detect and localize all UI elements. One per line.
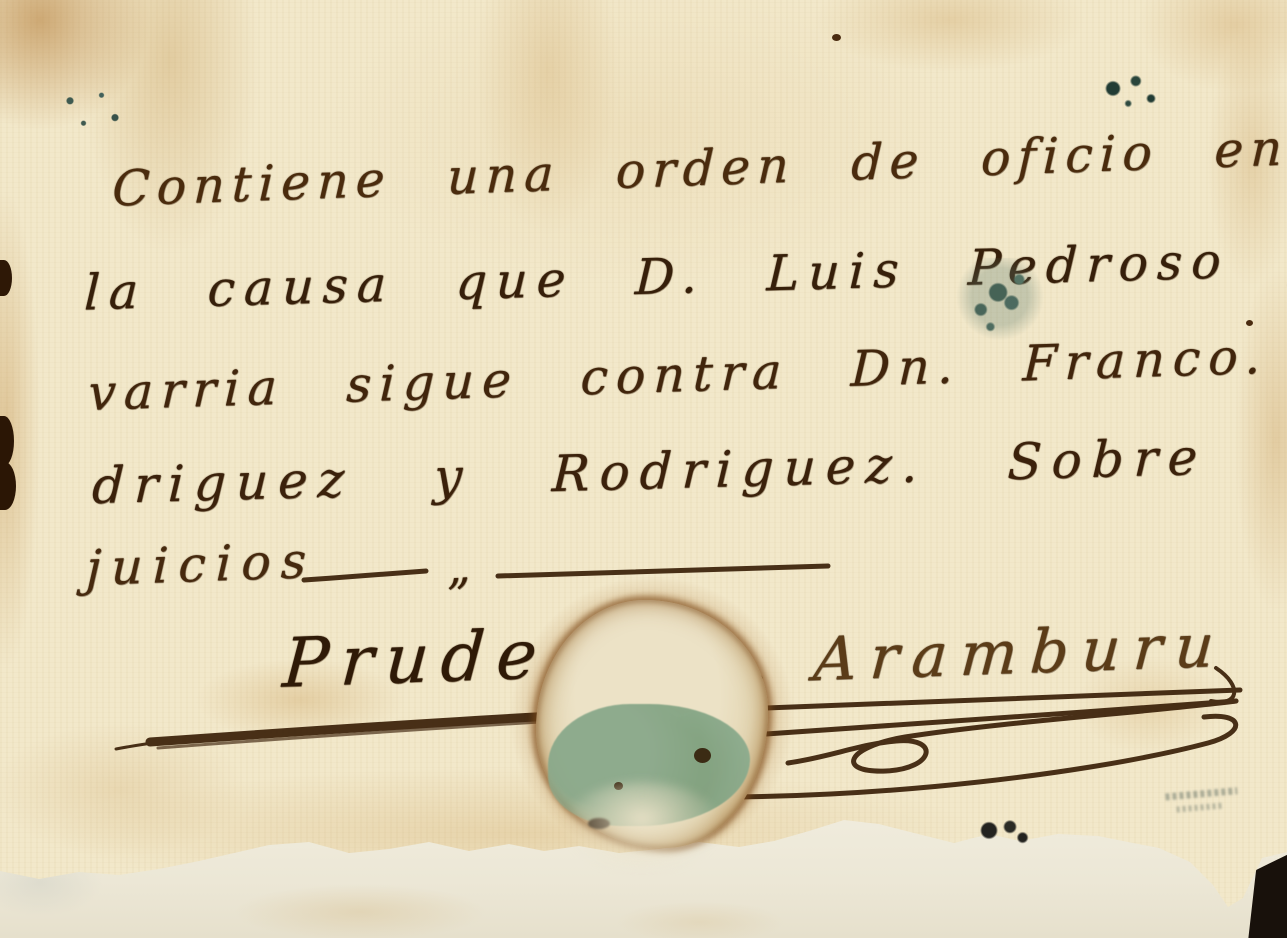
hole-underlayer-paper — [562, 782, 722, 874]
ink-speck-cluster-top-left — [52, 84, 142, 140]
ink-speck-cluster-top-right — [1094, 66, 1170, 116]
ink-dot — [832, 34, 841, 41]
burn-hole — [536, 600, 768, 848]
faded-stamp-mark — [1164, 779, 1247, 824]
scanned-document: Contiene una orden de oficio en la causa… — [0, 0, 1287, 938]
ink-specks-torn-edge — [968, 816, 1038, 852]
ink-dot — [1246, 320, 1253, 326]
seal-speck — [694, 748, 711, 763]
green-ink-smudge — [952, 258, 1048, 344]
